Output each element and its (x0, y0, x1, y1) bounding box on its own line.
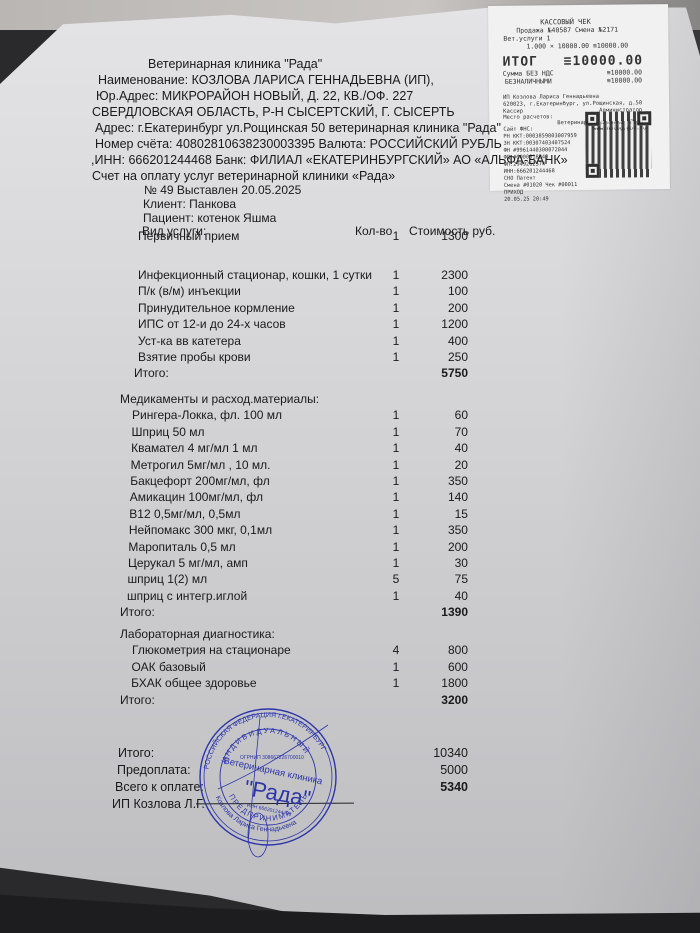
item-qty: 1 (386, 441, 406, 456)
item-cost: 140 (418, 490, 468, 505)
table-row: Принудительное кормление1200 (138, 301, 478, 316)
item-cost: 200 (418, 540, 468, 555)
legal-address: Юр.Адрес: МИКРОРАЙОН НОВЫЙ, Д. 22, КВ./О… (96, 89, 413, 104)
table-row: Метрогил 5мг/мл , 10 мл.120 (131, 458, 471, 473)
item-cost: 15 (418, 507, 468, 522)
item-cost: 350 (418, 523, 468, 538)
amount-due: 5340 (413, 780, 468, 795)
item-cost: 30 (418, 556, 468, 571)
receipt-cashless-label: БЕЗНАЛИЧНЫМИ (505, 77, 552, 85)
receipt-calc: 1.000 × 10000.00 ≡10000.00 (526, 41, 628, 50)
subtotal-row: Итого:3200 (120, 693, 460, 708)
invoice-title: Счет на оплату услуг ветеринарной клиник… (92, 169, 395, 184)
client: Клиент: Панкова (143, 197, 236, 212)
item-cost: 350 (418, 474, 468, 489)
table-row: Бакцефорт 200мг/мл, фл1350 (130, 474, 470, 489)
item-name: Нейпомакс 300 мкг, 0,1мл (129, 523, 272, 538)
item-qty: 1 (386, 284, 406, 299)
item-name: Глюкометрия на стационаре (132, 643, 291, 658)
item-name: Принудительное кормление (138, 301, 295, 316)
clinic-title: Ветеринарная клиника "Рада" (148, 57, 322, 72)
item-name: П/к (в/м) инъекции (138, 284, 241, 299)
receipt-total: ≡10000.00 (564, 54, 644, 69)
amount-due-label: Всего к оплате: (115, 780, 204, 795)
item-cost: 2300 (418, 268, 468, 283)
item-qty: 1 (386, 556, 406, 571)
subtotal-value: 5750 (418, 366, 468, 381)
table-row: шприц 1(2) мл575 (128, 572, 468, 587)
subtotal-value: 3200 (418, 693, 468, 708)
qr-code-icon (585, 111, 652, 178)
item-qty: 1 (386, 317, 406, 332)
table-row: Маропиталь 0,5 мл1200 (128, 540, 468, 555)
item-qty: 1 (386, 425, 406, 440)
table-row: Первичный прием11300 (138, 229, 478, 244)
receipt-sale-line: Продажа №40587 Смена №2171 (516, 26, 618, 35)
table-row: Взятие пробы крови1250 (138, 350, 478, 365)
subtotal-row: Итого:1390 (120, 605, 460, 620)
item-qty: 1 (386, 458, 406, 473)
item-cost: 600 (418, 660, 468, 675)
item-cost: 20 (418, 458, 468, 473)
item-qty: 1 (386, 268, 406, 283)
item-cost: 40 (418, 589, 468, 604)
region: СВЕРДЛОВСКАЯ ОБЛАСТЬ, Р-Н СЫСЕРТСКИЙ, Г.… (92, 105, 455, 120)
item-cost: 75 (418, 572, 468, 587)
item-qty: 1 (386, 301, 406, 316)
item-name: Первичный прием (138, 229, 239, 244)
receipt-place-label: Место расчетов: (503, 113, 553, 122)
item-qty: 1 (386, 507, 406, 522)
item-name: Метрогил 5мг/мл , 10 мл. (131, 458, 271, 473)
table-row: Амикацин 100мг/мл, фл1140 (130, 490, 470, 505)
table-row: шприц с интегр.иглой140 (127, 589, 467, 604)
item-cost: 60 (418, 408, 468, 423)
subtotal-value: 1390 (418, 605, 468, 620)
item-name: БХАК общее здоровье (131, 676, 256, 691)
item-name: шприц с интегр.иглой (127, 589, 247, 604)
address: Адрес: г.Екатеринбург ул.Рощинская 50 ве… (95, 121, 501, 136)
item-qty: 1 (386, 676, 406, 691)
receipt-cashless: ≡10000.00 (607, 76, 642, 84)
item-qty: 1 (386, 490, 406, 505)
item-cost: 40 (418, 441, 468, 456)
item-name: Взятие пробы крови (138, 350, 251, 365)
item-name: Бакцефорт 200мг/мл, фл (130, 474, 270, 489)
prepaid-label: Предоплата: (117, 763, 191, 778)
item-name: Церукал 5 мг/мл, амп (128, 556, 248, 571)
item-name: шприц 1(2) мл (128, 572, 208, 587)
item-cost: 100 (418, 284, 468, 299)
subtotal-label: Итого: (120, 693, 155, 708)
item-cost: 200 (418, 301, 468, 316)
grand-total: 10340 (413, 746, 468, 761)
item-qty: 4 (386, 643, 406, 658)
item-qty: 1 (386, 540, 406, 555)
receipt-shift: Смена #01020 Чек #00011 (504, 182, 577, 190)
item-cost: 1200 (418, 317, 468, 332)
item-name: Амикацин 100мг/мл, фл (130, 490, 263, 505)
table-row: Инфекционный стационар, кошки, 1 сутки12… (138, 268, 478, 283)
item-qty: 1 (386, 350, 406, 365)
item-name: Квамател 4 мг/мл 1 мл (131, 441, 257, 456)
stamp-seal-icon: РОССИЙСКАЯ ФЕДЕРАЦИЯ г.ЕКАТЕРИНБУРГ ИНДИ… (198, 707, 338, 847)
grand-total-label: Итого: (118, 746, 154, 761)
table-row: B12 0,5мг/мл, 0,5мл115 (129, 507, 469, 522)
section-heading: Медикаменты и расход.материалы: (120, 392, 319, 407)
item-name: ИПС от 12-и до 24-х часов (138, 317, 286, 332)
receipt-total-label: ИТОГ (503, 55, 538, 69)
item-cost: 400 (418, 334, 468, 349)
table-row: Церукал 5 мг/мл, амп130 (128, 556, 468, 571)
table-row: Нейпомакс 300 мкг, 0,1мл1350 (129, 523, 469, 538)
item-name: Уст-ка вв катетера (138, 334, 241, 349)
table-row: Рингера-Локка, фл. 100 мл160 (132, 408, 472, 423)
item-qty: 1 (386, 408, 406, 423)
subtotal-label: Итого: (120, 605, 155, 620)
account-number: Номер счёта: 40802810638230003395 Валюта… (95, 137, 502, 152)
item-name: Маропиталь 0,5 мл (128, 540, 235, 555)
item-qty: 1 (386, 589, 406, 604)
item-cost: 250 (418, 350, 468, 365)
inn-bank: ,ИНН: 666201244468 Банк: ФИЛИАЛ «ЕКАТЕРИ… (91, 153, 568, 168)
subtotal-row: Итого:5750 (134, 366, 474, 381)
table-row: Уст-ка вв катетера1400 (138, 334, 478, 349)
signatory: ИП Козлова Л.Г. (112, 797, 205, 812)
item-name: Шприц 50 мл (132, 425, 205, 440)
item-qty: 1 (386, 229, 406, 244)
item-cost: 800 (418, 643, 468, 658)
receipt-datetime: 20.05.25 20:49 (504, 196, 549, 203)
item-cost: 1800 (418, 676, 468, 691)
table-row: БХАК общее здоровье11800 (131, 676, 471, 691)
item-name: Рингера-Локка, фл. 100 мл (132, 408, 282, 423)
item-name: B12 0,5мг/мл, 0,5мл (129, 507, 240, 522)
payee-name: Наименование: КОЗЛОВА ЛАРИСА ГЕННАДЬЕВНА… (98, 73, 434, 88)
item-cost: 70 (418, 425, 468, 440)
item-qty: 1 (386, 334, 406, 349)
table-row: Шприц 50 мл170 (132, 425, 472, 440)
item-qty: 5 (386, 572, 406, 587)
table-row: ИПС от 12-и до 24-х часов11200 (138, 317, 478, 332)
invoice-number-date: № 49 Выставлен 20.05.2025 (144, 183, 301, 198)
clinic-stamp: РОССИЙСКАЯ ФЕДЕРАЦИЯ г.ЕКАТЕРИНБУРГ ИНДИ… (198, 707, 338, 847)
item-name: ОАК базовый (132, 660, 206, 675)
subtotal-label: Итого: (134, 366, 169, 381)
item-qty: 1 (386, 474, 406, 489)
item-qty: 1 (386, 523, 406, 538)
section-heading: Лабораторная диагностика: (120, 627, 275, 642)
table-row: П/к (в/м) инъекции1100 (138, 284, 478, 299)
item-qty: 1 (386, 660, 406, 675)
table-row: ОАК базовый1600 (132, 660, 472, 675)
table-row: Квамател 4 мг/мл 1 мл140 (131, 441, 471, 456)
table-row: Глюкометрия на стационаре4800 (132, 643, 472, 658)
item-name: Инфекционный стационар, кошки, 1 сутки (138, 268, 372, 283)
prepaid: 5000 (413, 763, 468, 778)
item-cost: 1300 (418, 229, 468, 244)
